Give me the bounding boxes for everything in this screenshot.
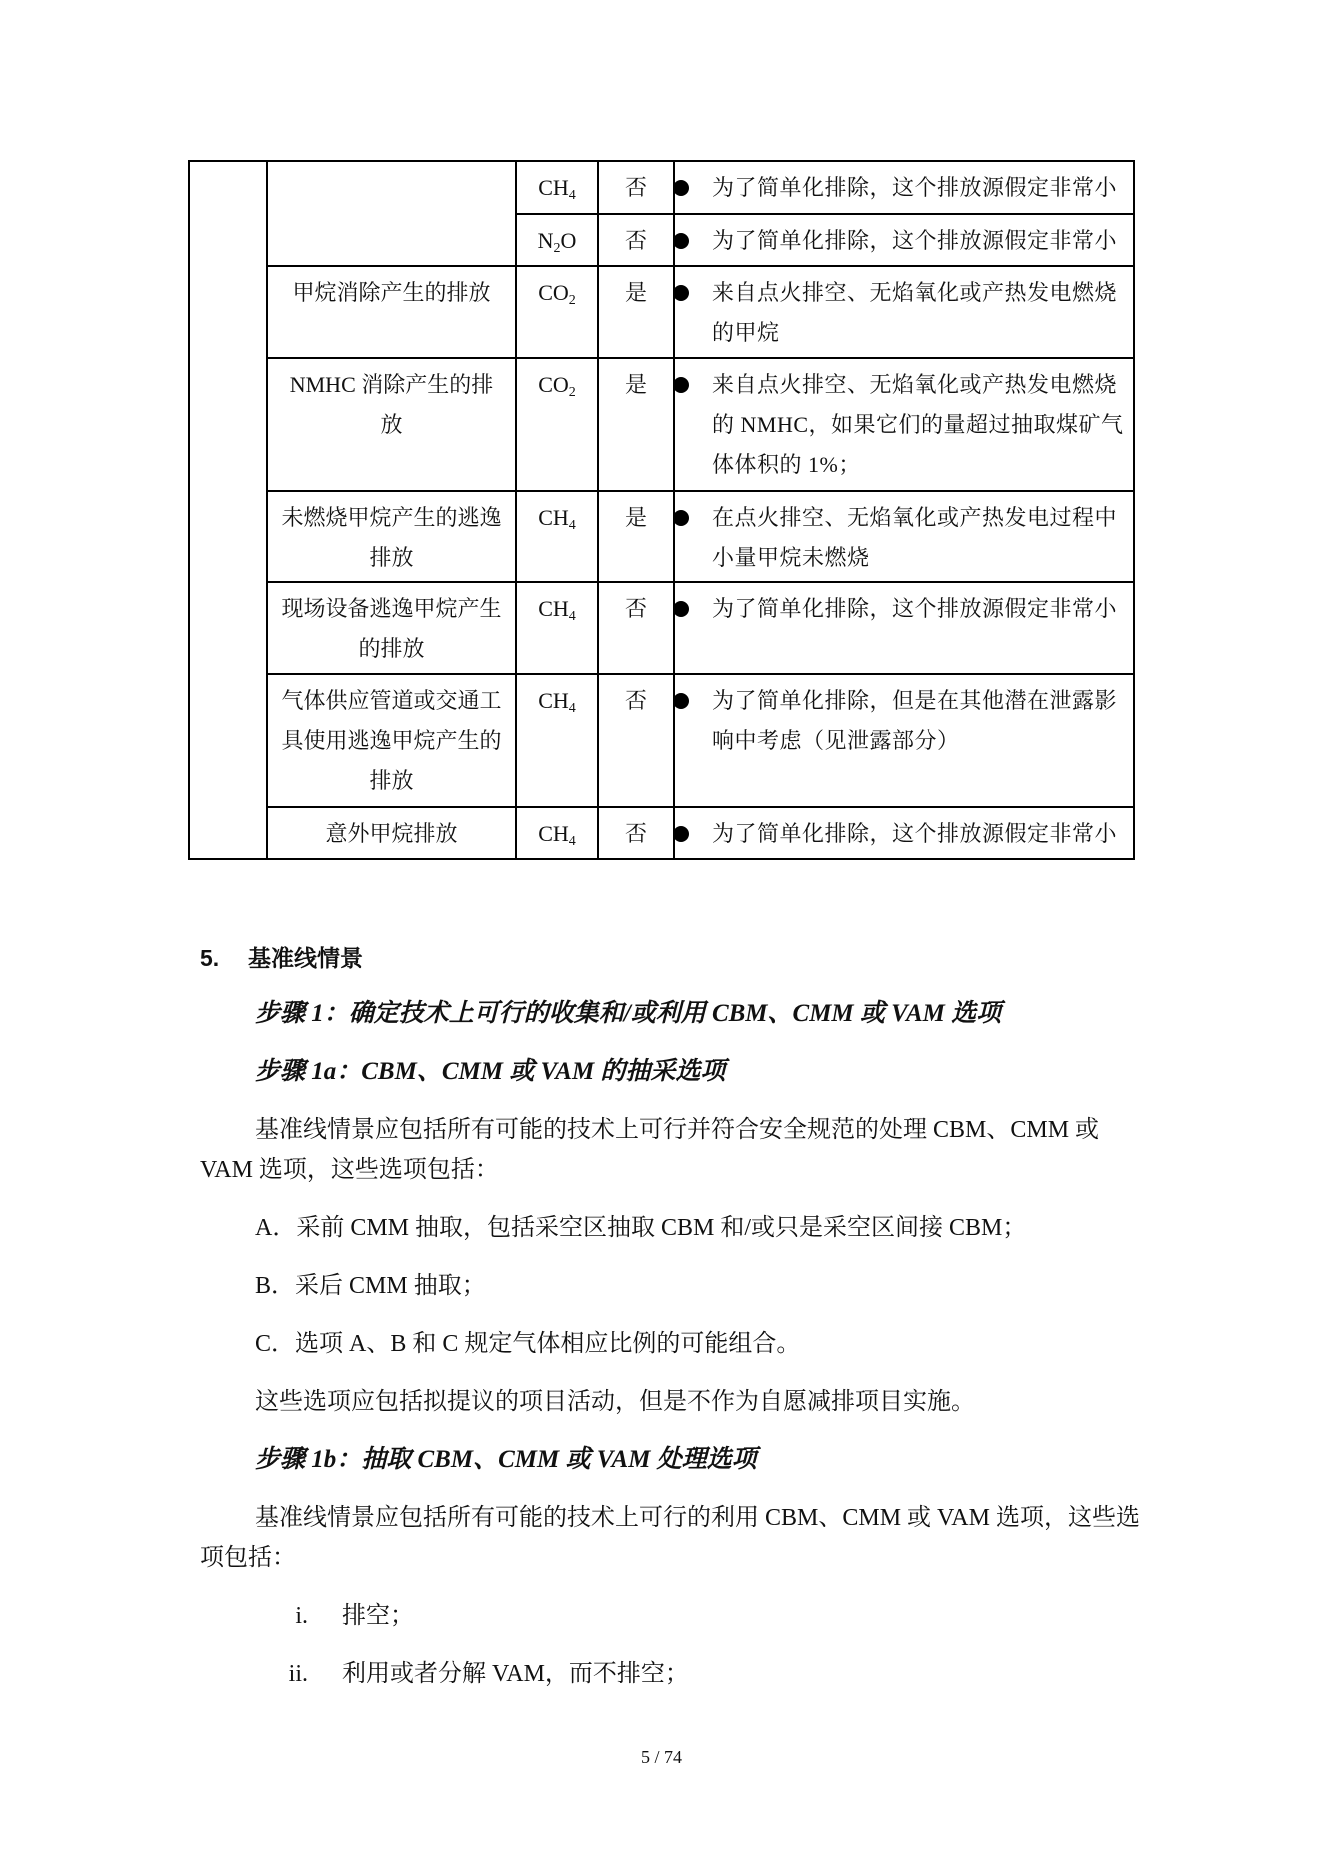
- justification-cell: 在点火排空、无焰氧化或产热发电过程中小量甲烷未燃烧: [674, 491, 1134, 582]
- gas-cell: CH4: [516, 582, 598, 674]
- gas-cell: N2O: [516, 214, 598, 266]
- page-number: 5 / 74: [0, 1745, 1323, 1769]
- gas-cell: CH4: [516, 674, 598, 807]
- justification-cell: 为了简单化排除，这个排放源假定非常小: [674, 161, 1134, 214]
- table-row: 未燃烧甲烷产生的逃逸排放 CH4 是 在点火排空、无焰氧化或产热发电过程中小量甲…: [189, 491, 1134, 582]
- bullet-icon: [673, 601, 689, 617]
- bullet-icon: [673, 180, 689, 196]
- list-number: i.: [278, 1596, 308, 1636]
- paragraph: 基准线情景应包括所有可能的技术上可行的利用 CBM、CMM 或 VAM 选项，这…: [200, 1498, 1140, 1578]
- list-text: 排空；: [342, 1596, 414, 1636]
- table-row: 气体供应管道或交通工具使用逃逸甲烷产生的排放 CH4 否 为了简单化排除，但是在…: [189, 674, 1134, 807]
- included-cell: 否: [598, 674, 674, 807]
- included-cell: 否: [598, 582, 674, 674]
- gas-cell: CH4: [516, 161, 598, 214]
- gas-cell: CO2: [516, 266, 598, 358]
- source-cell: 未燃烧甲烷产生的逃逸排放: [267, 491, 516, 582]
- option-item-i: i.排空；: [278, 1596, 414, 1636]
- option-item-a: A．采前 CMM 抽取，包括采空区抽取 CBM 和/或只是采空区间接 CBM；: [255, 1208, 1026, 1248]
- table-row: 意外甲烷排放 CH4 否 为了简单化排除，这个排放源假定非常小: [189, 807, 1134, 859]
- bullet-icon: [673, 826, 689, 842]
- justification-cell: 为了简单化排除，这个排放源假定非常小: [674, 582, 1134, 674]
- included-cell: 否: [598, 807, 674, 859]
- justification-cell: 来自点火排空、无焰氧化或产热发电燃烧的 NMHC，如果它们的量超过抽取煤矿气体体…: [674, 358, 1134, 491]
- source-cell: 意外甲烷排放: [267, 807, 516, 859]
- section-title: 基准线情景: [248, 945, 363, 971]
- gas-cell: CH4: [516, 491, 598, 582]
- table-row: 甲烷消除产生的排放 CO2 是 来自点火排空、无焰氧化或产热发电燃烧的甲烷: [189, 266, 1134, 358]
- option-item-b: B．采后 CMM 抽取；: [255, 1266, 486, 1306]
- bullet-icon: [673, 510, 689, 526]
- step-1b-heading: 步骤 1b：抽取 CBM、CMM 或 VAM 处理选项: [255, 1440, 757, 1480]
- included-cell: 是: [598, 266, 674, 358]
- section-number: 5.: [200, 938, 248, 978]
- source-cell: [267, 161, 516, 266]
- list-text: 利用或者分解 VAM，而不排空；: [342, 1654, 689, 1694]
- table-row: CH4 否 为了简单化排除，这个排放源假定非常小: [189, 161, 1134, 214]
- justification-cell: 为了简单化排除，但是在其他潜在泄露影响中考虑（见泄露部分）: [674, 674, 1134, 807]
- paragraph: 基准线情景应包括所有可能的技术上可行并符合安全规范的处理 CBM、CMM 或 V…: [200, 1110, 1140, 1190]
- table-row: NMHC 消除产生的排放 CO2 是 来自点火排空、无焰氧化或产热发电燃烧的 N…: [189, 358, 1134, 491]
- justification-cell: 为了简单化排除，这个排放源假定非常小: [674, 214, 1134, 266]
- section-heading: 5.基准线情景: [200, 938, 363, 978]
- source-cell: NMHC 消除产生的排放: [267, 358, 516, 491]
- gas-cell: CO2: [516, 358, 598, 491]
- step-1-heading: 步骤 1：确定技术上可行的收集和/或利用 CBM、CMM 或 VAM 选项: [255, 994, 1001, 1034]
- category-cell: [189, 161, 267, 859]
- included-cell: 否: [598, 214, 674, 266]
- bullet-icon: [673, 377, 689, 393]
- included-cell: 否: [598, 161, 674, 214]
- bullet-icon: [673, 285, 689, 301]
- list-number: ii.: [278, 1654, 308, 1694]
- option-item-c: C．选项 A、B 和 C 规定气体相应比例的可能组合。: [255, 1324, 800, 1364]
- option-item-ii: ii.利用或者分解 VAM，而不排空；: [278, 1654, 689, 1694]
- step-1a-heading: 步骤 1a：CBM、CMM 或 VAM 的抽采选项: [255, 1052, 725, 1092]
- included-cell: 是: [598, 491, 674, 582]
- source-cell: 气体供应管道或交通工具使用逃逸甲烷产生的排放: [267, 674, 516, 807]
- included-cell: 是: [598, 358, 674, 491]
- gas-cell: CH4: [516, 807, 598, 859]
- table-row: 现场设备逃逸甲烷产生的排放 CH4 否 为了简单化排除，这个排放源假定非常小: [189, 582, 1134, 674]
- document-page: CH4 否 为了简单化排除，这个排放源假定非常小 N2O 否 为了简单化排除，这…: [0, 0, 1323, 1871]
- bullet-icon: [673, 693, 689, 709]
- source-cell: 甲烷消除产生的排放: [267, 266, 516, 358]
- justification-cell: 来自点火排空、无焰氧化或产热发电燃烧的甲烷: [674, 266, 1134, 358]
- paragraph: 这些选项应包括拟提议的项目活动，但是不作为自愿减排项目实施。: [255, 1382, 975, 1422]
- emission-sources-table: CH4 否 为了简单化排除，这个排放源假定非常小 N2O 否 为了简单化排除，这…: [188, 160, 1135, 860]
- justification-cell: 为了简单化排除，这个排放源假定非常小: [674, 807, 1134, 859]
- bullet-icon: [673, 233, 689, 249]
- source-cell: 现场设备逃逸甲烷产生的排放: [267, 582, 516, 674]
